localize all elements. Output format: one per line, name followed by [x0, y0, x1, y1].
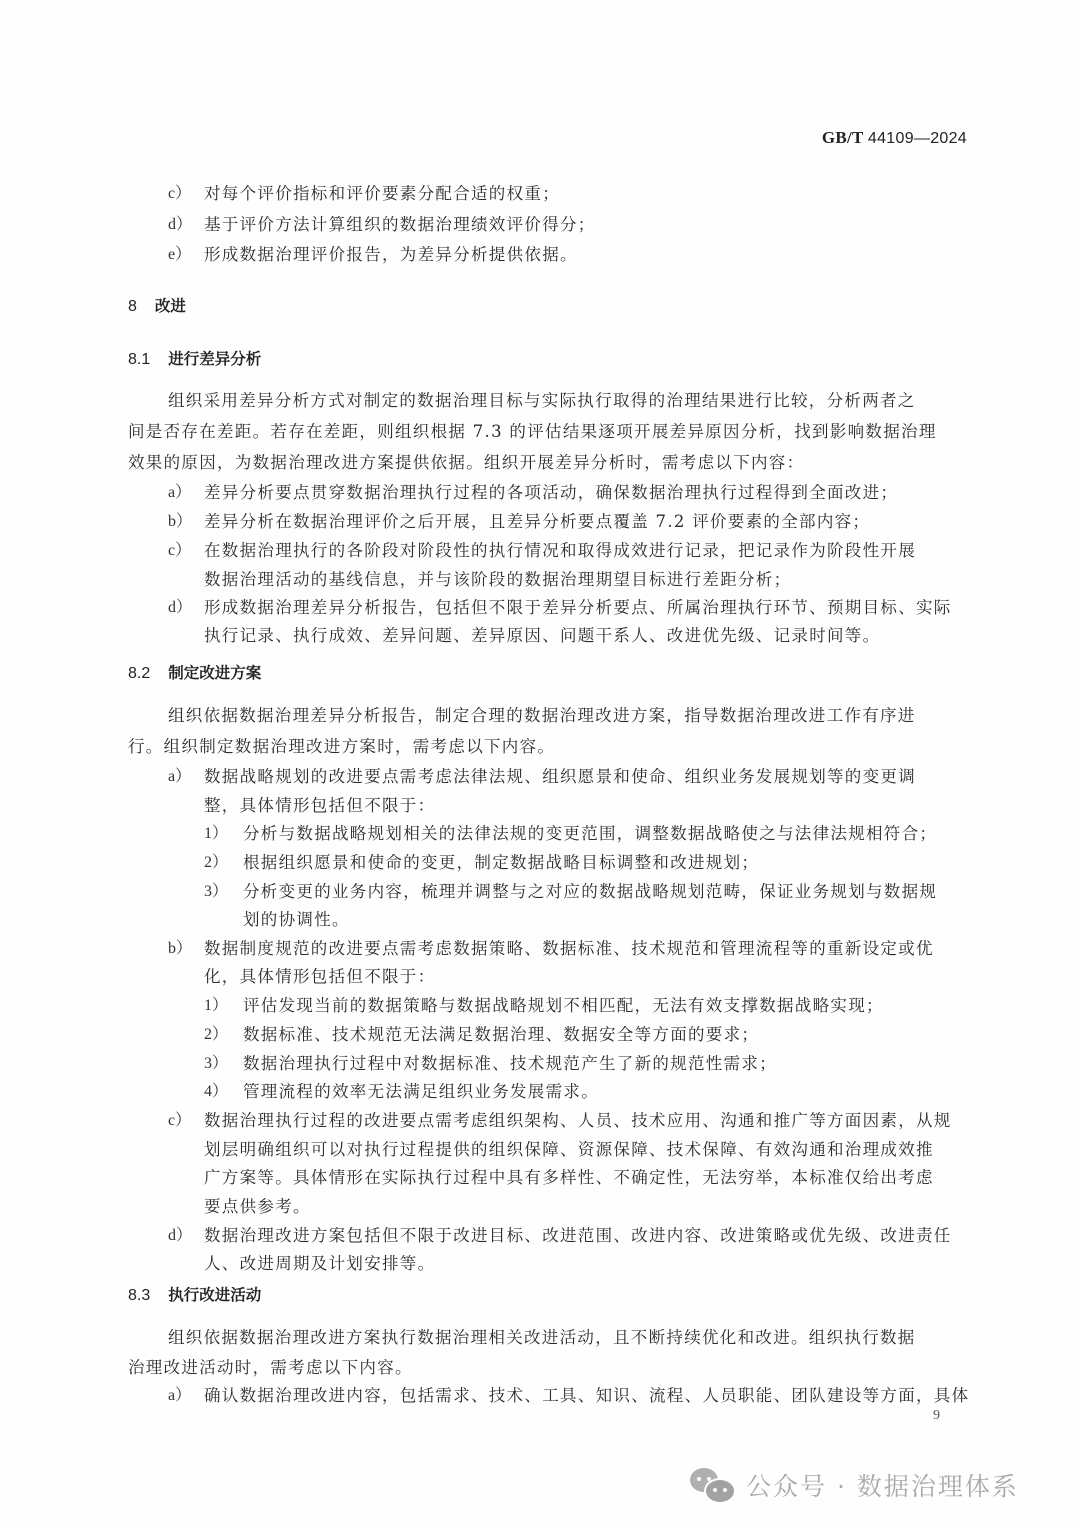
sublist-item: 数据标准、技术规范无法满足数据治理、数据安全等方面的要求； [243, 1021, 759, 1045]
sublist-item: 分析变更的业务内容，梳理并调整与之对应的数据战略规划范畴，保证业务规划与数据规 [243, 878, 937, 902]
list-item: 形成数据治理差异分析报告，包括但不限于差异分析要点、所属治理执行环节、预期目标、… [204, 594, 952, 618]
list-marker: c） [168, 1107, 191, 1130]
heading-title: 进行差异分析 [168, 350, 261, 368]
heading-number: 8.1 [128, 351, 150, 368]
list-marker: d） [168, 1222, 192, 1245]
sublist-item: 评估发现当前的数据策略与数据战略规划不相匹配，无法有效支撑数据战略实现； [243, 992, 884, 1016]
sublist-item: 管理流程的效率无法满足组织业务发展需求。 [243, 1078, 599, 1102]
list-marker: a） [168, 763, 191, 786]
list-item-cont: 人、改进周期及计划安排等。 [204, 1250, 435, 1274]
sublist-marker: 4） [204, 1078, 228, 1101]
heading-title: 制定改进方案 [168, 664, 261, 682]
section-heading-8-2: 8.2制定改进方案 [128, 661, 261, 683]
standard-prefix: GB/T [822, 128, 868, 147]
heading-title: 执行改进活动 [168, 1286, 261, 1304]
sublist-item: 根据组织愿景和使命的变更，制定数据战略目标调整和改进规划； [243, 849, 759, 873]
list-item: 数据治理改进方案包括但不限于改进目标、改进范围、改进内容、改进策略或优先级、改进… [204, 1222, 952, 1246]
page-number: 9 [933, 1408, 940, 1424]
sublist-marker: 3） [204, 1050, 228, 1073]
paragraph-line: 行。组织制定数据治理改进方案时，需考虑以下内容。 [128, 733, 555, 757]
list-marker: c） [168, 180, 191, 203]
heading-number: 8 [128, 298, 137, 315]
paragraph-line: 间是否存在差距。若存在差距，则组织根据 7.3 的评估结果逐项开展差异原因分析，… [128, 418, 937, 442]
section-heading-8-1: 8.1进行差异分析 [128, 347, 261, 369]
watermark: 公众号 · 数据治理体系 [690, 1467, 1019, 1503]
sublist-item-cont: 划的协调性。 [243, 906, 350, 930]
sublist-marker: 2） [204, 849, 228, 872]
list-item-cont: 数据治理活动的基线信息，并与该阶段的数据治理期望目标进行差距分析； [204, 566, 791, 590]
sublist-item: 数据治理执行过程中对数据标准、技术规范产生了新的规范性需求； [243, 1050, 777, 1074]
document-page: GB/T 44109—2024 c） 对每个评价指标和评价要素分配合适的权重； … [0, 0, 1080, 1528]
list-marker: e） [168, 241, 191, 264]
list-item-cont: 要点供参考。 [204, 1193, 311, 1217]
list-item: 数据治理执行过程的改进要点需考虑组织架构、人员、技术应用、沟通和推广等方面因素，… [204, 1107, 952, 1131]
sublist-marker: 2） [204, 1021, 228, 1044]
list-item: 差异分析在数据治理评价之后开展，且差异分析要点覆盖 7.2 评价要素的全部内容； [204, 508, 870, 532]
watermark-text: 公众号 · 数据治理体系 [746, 1467, 1019, 1503]
heading-number: 8.3 [128, 1287, 150, 1304]
list-item-cont: 化，具体情形包括但不限于： [204, 963, 435, 987]
sublist-item: 分析与数据战略规划相关的法律法规的变更范围，调整数据战略使之与法律法规相符合； [243, 820, 937, 844]
list-item: 形成数据治理评价报告，为差异分析提供依据。 [204, 241, 578, 265]
paragraph-line: 组织依据数据治理改进方案执行数据治理相关改进活动，且不断持续优化和改进。组织执行… [168, 1324, 916, 1348]
paragraph-line: 效果的原因，为数据治理改进方案提供依据。组织开展差异分析时，需考虑以下内容： [128, 449, 804, 473]
paragraph-line: 组织依据数据治理差异分析报告，制定合理的数据治理改进方案，指导数据治理改进工作有… [168, 702, 916, 726]
list-item-cont: 整，具体情形包括但不限于： [204, 792, 435, 816]
heading-number: 8.2 [128, 665, 150, 682]
list-item: 数据制度规范的改进要点需考虑数据策略、数据标准、技术规范和管理流程等的重新设定或… [204, 935, 934, 959]
list-marker: d） [168, 594, 192, 617]
sublist-marker: 1） [204, 992, 228, 1015]
wechat-icon [690, 1468, 734, 1502]
list-item-cont: 划层明确组织可以对执行过程提供的组织保障、资源保障、技术保障、有效沟通和治理成效… [204, 1136, 934, 1160]
list-marker: a） [168, 479, 191, 502]
sublist-marker: 1） [204, 820, 228, 843]
list-item: 基于评价方法计算组织的数据治理绩效评价得分； [204, 211, 596, 235]
section-heading-8-3: 8.3执行改进活动 [128, 1283, 261, 1305]
list-item-cont: 执行记录、执行成效、差异问题、差异原因、问题干系人、改进优先级、记录时间等。 [204, 622, 880, 646]
list-item: 对每个评价指标和评价要素分配合适的权重； [204, 180, 560, 204]
list-marker: a） [168, 1382, 191, 1405]
list-marker: b） [168, 935, 192, 958]
list-marker: d） [168, 211, 192, 234]
list-item: 确认数据治理改进内容，包括需求、技术、工具、知识、流程、人员职能、团队建设等方面… [204, 1382, 969, 1406]
list-item: 数据战略规划的改进要点需考虑法律法规、组织愿景和使命、组织业务发展规划等的变更调 [204, 763, 916, 787]
heading-title: 改进 [155, 297, 186, 315]
paragraph-line: 治理改进活动时，需考虑以下内容。 [128, 1354, 413, 1378]
list-marker: c） [168, 537, 191, 560]
standard-code: 44109—2024 [868, 130, 967, 147]
section-heading-8: 8改进 [128, 294, 186, 316]
standard-number: GB/T 44109—2024 [822, 128, 967, 148]
list-marker: b） [168, 508, 192, 531]
list-item: 差异分析要点贯穿数据治理执行过程的各项活动，确保数据治理执行过程得到全面改进； [204, 479, 898, 503]
list-item-cont: 广方案等。具体情形在实际执行过程中具有多样性、不确定性，无法穷举，本标准仅给出考… [204, 1164, 934, 1188]
sublist-marker: 3） [204, 878, 228, 901]
list-item: 在数据治理执行的各阶段对阶段性的执行情况和取得成效进行记录，把记录作为阶段性开展 [204, 537, 916, 561]
paragraph-line: 组织采用差异分析方式对制定的数据治理目标与实际执行取得的治理结果进行比较，分析两… [168, 387, 916, 411]
